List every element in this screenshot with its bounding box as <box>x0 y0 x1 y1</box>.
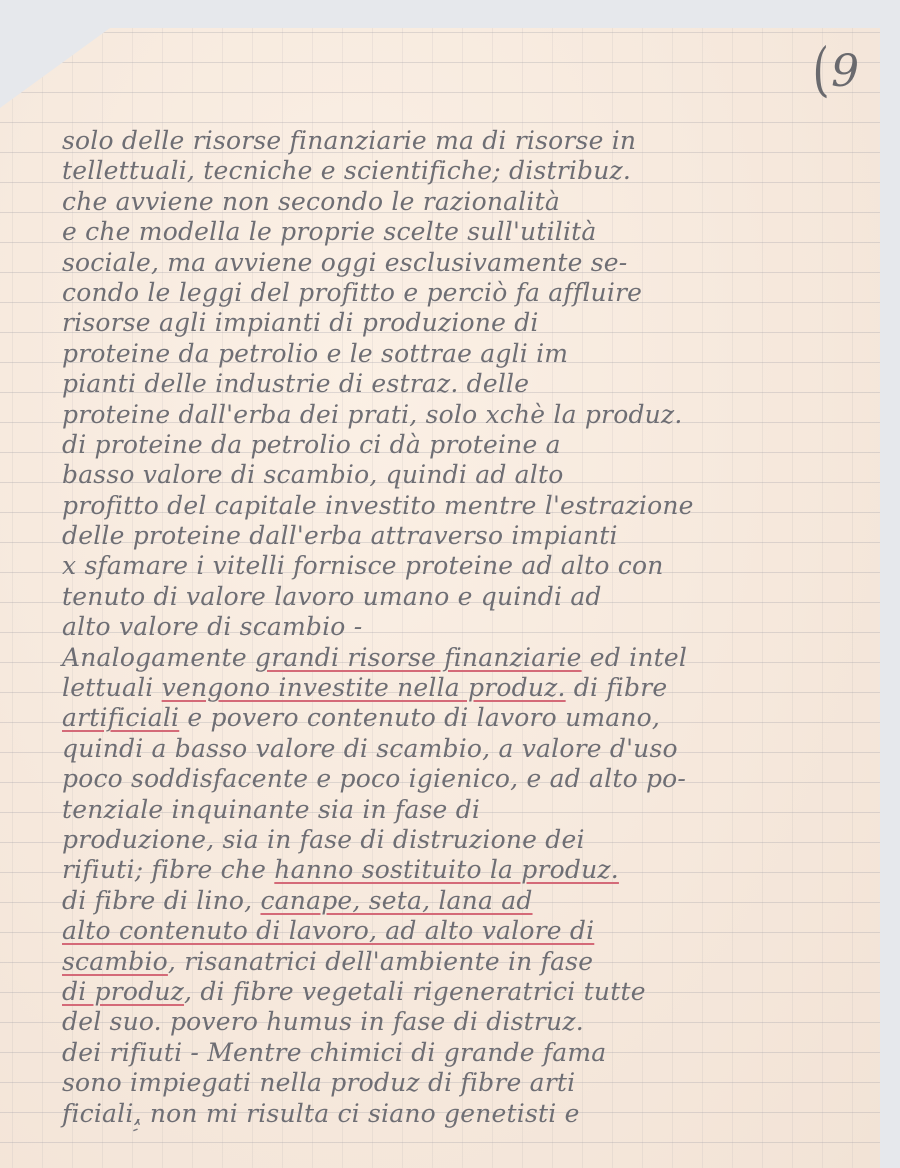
manuscript-line: Analogamente grandi risorse finanziarie … <box>62 643 862 673</box>
manuscript-line: produzione, sia in fase di distruzione d… <box>62 825 862 855</box>
page-number: (9 <box>812 46 859 97</box>
manuscript-line: proteine dall'erba dei prati, solo xchè … <box>62 400 862 430</box>
underlined-phrase: scambio <box>62 947 168 976</box>
manuscript-line: sociale, ma avviene oggi esclusivamente … <box>62 248 862 278</box>
manuscript-line: condo le leggi del profitto e perciò fa … <box>62 278 862 308</box>
manuscript-line: sono impiegati nella produz di fibre art… <box>62 1068 862 1098</box>
manuscript-line: pianti delle industrie di estraz. delle <box>62 369 862 399</box>
line-text: di fibre di lino, <box>62 886 260 915</box>
manuscript-line: artificiali e povero contenuto di lavoro… <box>62 703 862 733</box>
manuscript-line: tellettuali, tecniche e scientifiche; di… <box>62 156 862 186</box>
manuscript-line: lettuali vengono investite nella produz.… <box>62 673 862 703</box>
manuscript-line: di proteine da petrolio ci dà proteine a <box>62 430 862 460</box>
line-text: rifiuti; fibre che <box>62 855 274 884</box>
manuscript-line: rifiuti; fibre che hanno sostituito la p… <box>62 855 862 885</box>
manuscript-line: risorse agli impianti di produzione di <box>62 308 862 338</box>
line-text: ed intel <box>582 643 687 672</box>
handwritten-text-body: solo delle risorse finanziarie ma di ris… <box>62 126 862 1129</box>
manuscript-line: delle proteine dall'erba attraverso impi… <box>62 521 862 551</box>
manuscript-line: poco soddisfacente e poco igienico, e ad… <box>62 764 862 794</box>
manuscript-line: solo delle risorse finanziarie ma di ris… <box>62 126 862 156</box>
manuscript-line: tenziale inquinante sia in fase di <box>62 795 862 825</box>
underlined-phrase: grandi risorse finanziarie <box>255 643 582 672</box>
line-text: di fibre <box>566 673 668 702</box>
manuscript-line: quindi a basso valore di scambio, a valo… <box>62 734 862 764</box>
line-text: Analogamente <box>62 643 255 672</box>
line-text: lettuali <box>62 673 162 702</box>
underlined-phrase: canape, seta, lana ad <box>260 886 532 915</box>
line-text: e povero contenuto di lavoro umano, <box>179 703 660 732</box>
underlined-phrase: di produz <box>62 977 184 1006</box>
manuscript-line: dei rifiuti - Mentre chimici di grande f… <box>62 1038 862 1068</box>
manuscript-line: alto valore di scambio - <box>62 612 862 642</box>
manuscript-line: e che modella le proprie scelte sull'uti… <box>62 217 862 247</box>
manuscript-line: basso valore di scambio, quindi ad alto <box>62 460 862 490</box>
line-text: , di fibre vegetali rigeneratrici tutte <box>184 977 646 1006</box>
manuscript-line: ficiali, non mi risulta ci siano genetis… <box>62 1099 862 1129</box>
underlined-phrase: vengono investite nella produz. <box>162 673 566 702</box>
manuscript-line: che avviene non secondo le razionalità <box>62 187 862 217</box>
manuscript-line: x sfamare i vitelli fornisce proteine ad… <box>62 551 862 581</box>
manuscript-line: tenuto di valore lavoro umano e quindi a… <box>62 582 862 612</box>
line-text: , risanatrici dell'ambiente in fase <box>168 947 593 976</box>
manuscript-line: profitto del capitale investito mentre l… <box>62 491 862 521</box>
manuscript-line: alto contenuto di lavoro, ad alto valore… <box>62 916 862 946</box>
manuscript-line: proteine da petrolio e le sottrae agli i… <box>62 339 862 369</box>
manuscript-line: scambio, risanatrici dell'ambiente in fa… <box>62 947 862 977</box>
manuscript-line: di fibre di lino, canape, seta, lana ad <box>62 886 862 916</box>
underlined-phrase: hanno sostituito la produz. <box>274 855 619 884</box>
manuscript-line: di produz, di fibre vegetali rigeneratri… <box>62 977 862 1007</box>
manuscript-line: del suo. povero humus in fase di distruz… <box>62 1007 862 1037</box>
underlined-phrase: alto contenuto di lavoro, ad alto valore… <box>62 916 594 945</box>
underlined-phrase: artificiali <box>62 703 179 732</box>
